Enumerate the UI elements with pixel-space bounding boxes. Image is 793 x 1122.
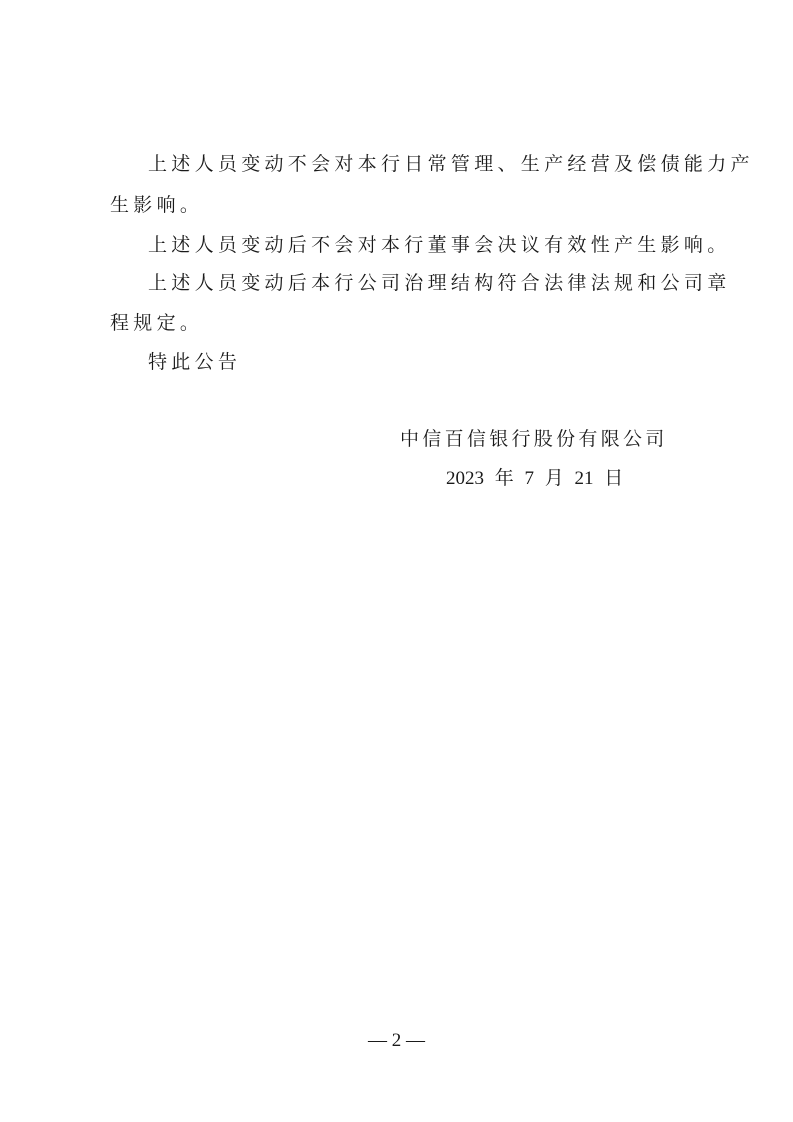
- signature-company: 中信百信银行股份有限公司: [400, 430, 668, 449]
- closing-phrase: 特此公告: [148, 353, 241, 372]
- paragraph-1-line-1: 上述人员变动不会对本行日常管理、生产经营及偿债能力产: [148, 155, 754, 174]
- date-month: 7: [525, 469, 535, 488]
- signature-date: 2023 年 7 月 21 日: [446, 469, 623, 488]
- date-day-unit: 日: [604, 469, 623, 488]
- paragraph-3-line-2: 程规定。: [110, 314, 203, 333]
- date-year: 2023: [446, 469, 484, 488]
- paragraph-2-line-1: 上述人员变动后不会对本行董事会决议有效性产生影响。: [148, 236, 731, 255]
- paragraph-1-line-2: 生影响。: [110, 196, 203, 215]
- date-month-unit: 月: [545, 469, 564, 488]
- date-day: 21: [575, 469, 594, 488]
- date-year-unit: 年: [495, 469, 514, 488]
- page-number: — 2 —: [0, 1030, 793, 1052]
- paragraph-3-line-1: 上述人员变动后本行公司治理结构符合法律法规和公司章: [148, 274, 731, 293]
